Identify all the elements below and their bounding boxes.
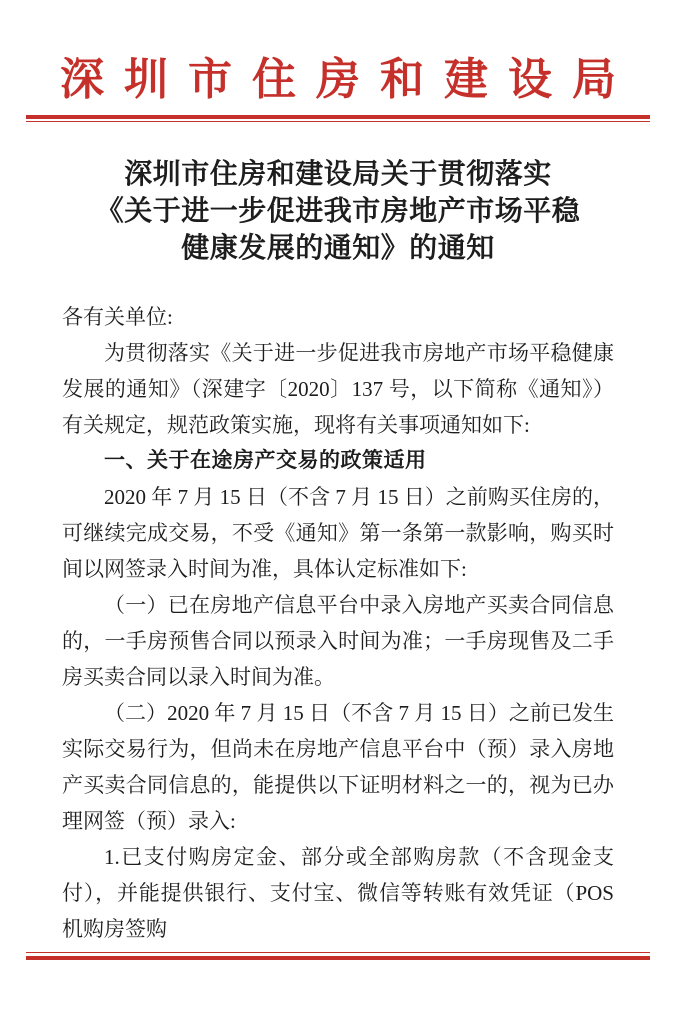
paragraph-item-2: （二）2020 年 7 月 15 日（不含 7 月 15 日）之前已发生实际交易… bbox=[62, 695, 614, 839]
section-heading-1: 一、关于在途房产交易的政策适用 bbox=[62, 443, 614, 479]
paragraph-intro: 为贯彻落实《关于进一步促进我市房地产市场平稳健康发展的通知》（深建字〔2020〕… bbox=[62, 335, 614, 443]
title-line-2: 《关于进一步促进我市房地产市场平稳 bbox=[0, 193, 676, 230]
divider-thick-line bbox=[26, 115, 650, 119]
document-body: 各有关单位: 为贯彻落实《关于进一步促进我市房地产市场平稳健康发展的通知》（深建… bbox=[62, 299, 614, 947]
footer-thin-line bbox=[26, 952, 650, 953]
agency-letterhead: 深圳市住房和建设局 bbox=[0, 54, 676, 106]
document-page: 深圳市住房和建设局 深圳市住房和建设局关于贯彻落实 《关于进一步促进我市房地产市… bbox=[0, 0, 676, 1012]
salutation: 各有关单位: bbox=[62, 299, 614, 335]
paragraph-policy: 2020 年 7 月 15 日（不含 7 月 15 日）之前购买住房的，可继续完… bbox=[62, 479, 614, 587]
letterhead-divider bbox=[26, 115, 650, 122]
paragraph-item-1: （一）已在房地产信息平台中录入房地产买卖合同信息的，一手房预售合同以预录入时间为… bbox=[62, 587, 614, 695]
divider-thin-line bbox=[26, 121, 650, 122]
footer-thick-line bbox=[26, 956, 650, 960]
page-footer-divider bbox=[26, 952, 650, 960]
paragraph-subitem-1: 1.已支付购房定金、部分或全部购房款（不含现金支付），并能提供银行、支付宝、微信… bbox=[62, 839, 614, 947]
document-title: 深圳市住房和建设局关于贯彻落实 《关于进一步促进我市房地产市场平稳 健康发展的通… bbox=[0, 156, 676, 267]
title-line-3: 健康发展的通知》的通知 bbox=[0, 230, 676, 267]
title-line-1: 深圳市住房和建设局关于贯彻落实 bbox=[0, 156, 676, 193]
